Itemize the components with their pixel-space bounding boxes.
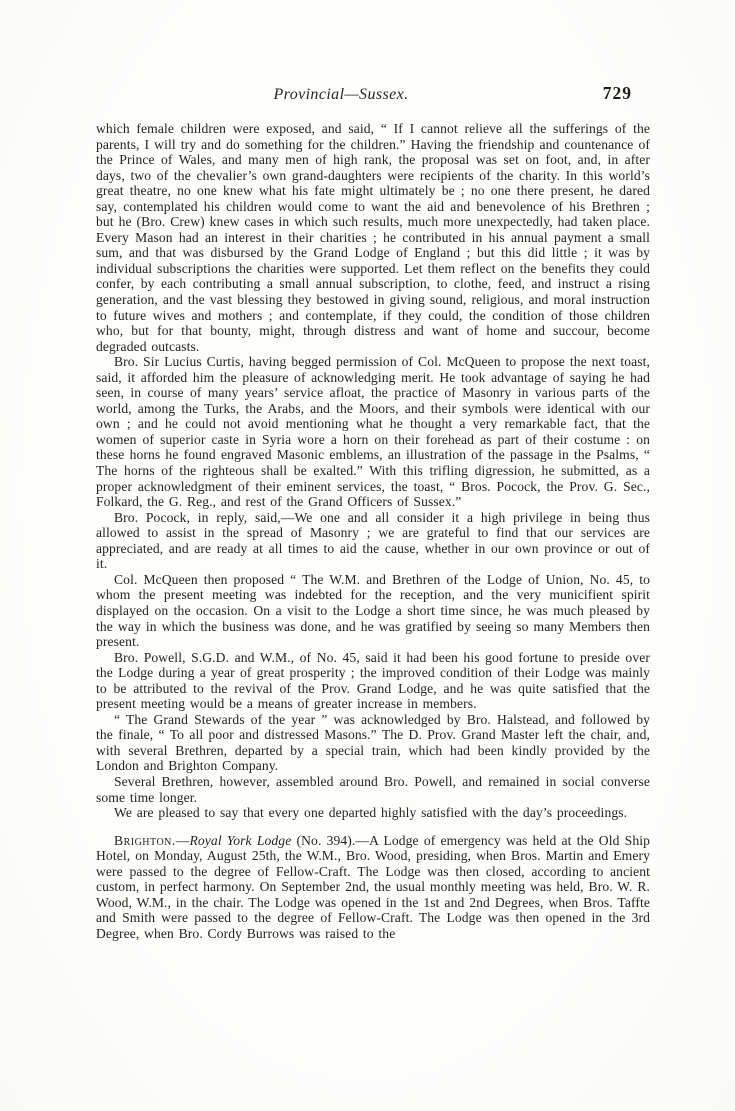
paragraph: Several Brethren, however, assembled aro… [96,774,650,805]
paragraph: Bro. Sir Lucius Curtis, having begged pe… [96,354,650,509]
text-column: Provincial—Sussex. 729 which female chil… [96,86,650,941]
paragraph: “ The Grand Stewards of the year ” was a… [96,712,650,774]
paragraph: Col. McQueen then proposed “ The W.M. an… [96,572,650,650]
article-body: which female children were exposed, and … [96,121,650,941]
paragraph: Bro. Powell, S.G.D. and W.M., of No. 45,… [96,650,650,712]
section-location: Brighton. [114,833,176,848]
paragraph: Bro. Pocock, in reply, said,—We one and … [96,510,650,572]
scanned-page: Provincial—Sussex. 729 which female chil… [0,0,735,1111]
page-number: 729 [603,83,632,104]
page-header: Provincial—Sussex. 729 [96,86,650,106]
em-dash: — [176,833,190,848]
brighton-report: Brighton.—Royal York Lodge (No. 394).—A … [96,833,650,942]
lodge-name: Royal York Lodge [189,833,291,848]
paragraph-continuation: which female children were exposed, and … [96,121,650,354]
running-title: Provincial—Sussex. [64,86,618,104]
paragraph: We are pleased to say that every one dep… [96,805,650,821]
brighton-report-text: (No. 394).—A Lodge of emergency was held… [96,833,650,941]
